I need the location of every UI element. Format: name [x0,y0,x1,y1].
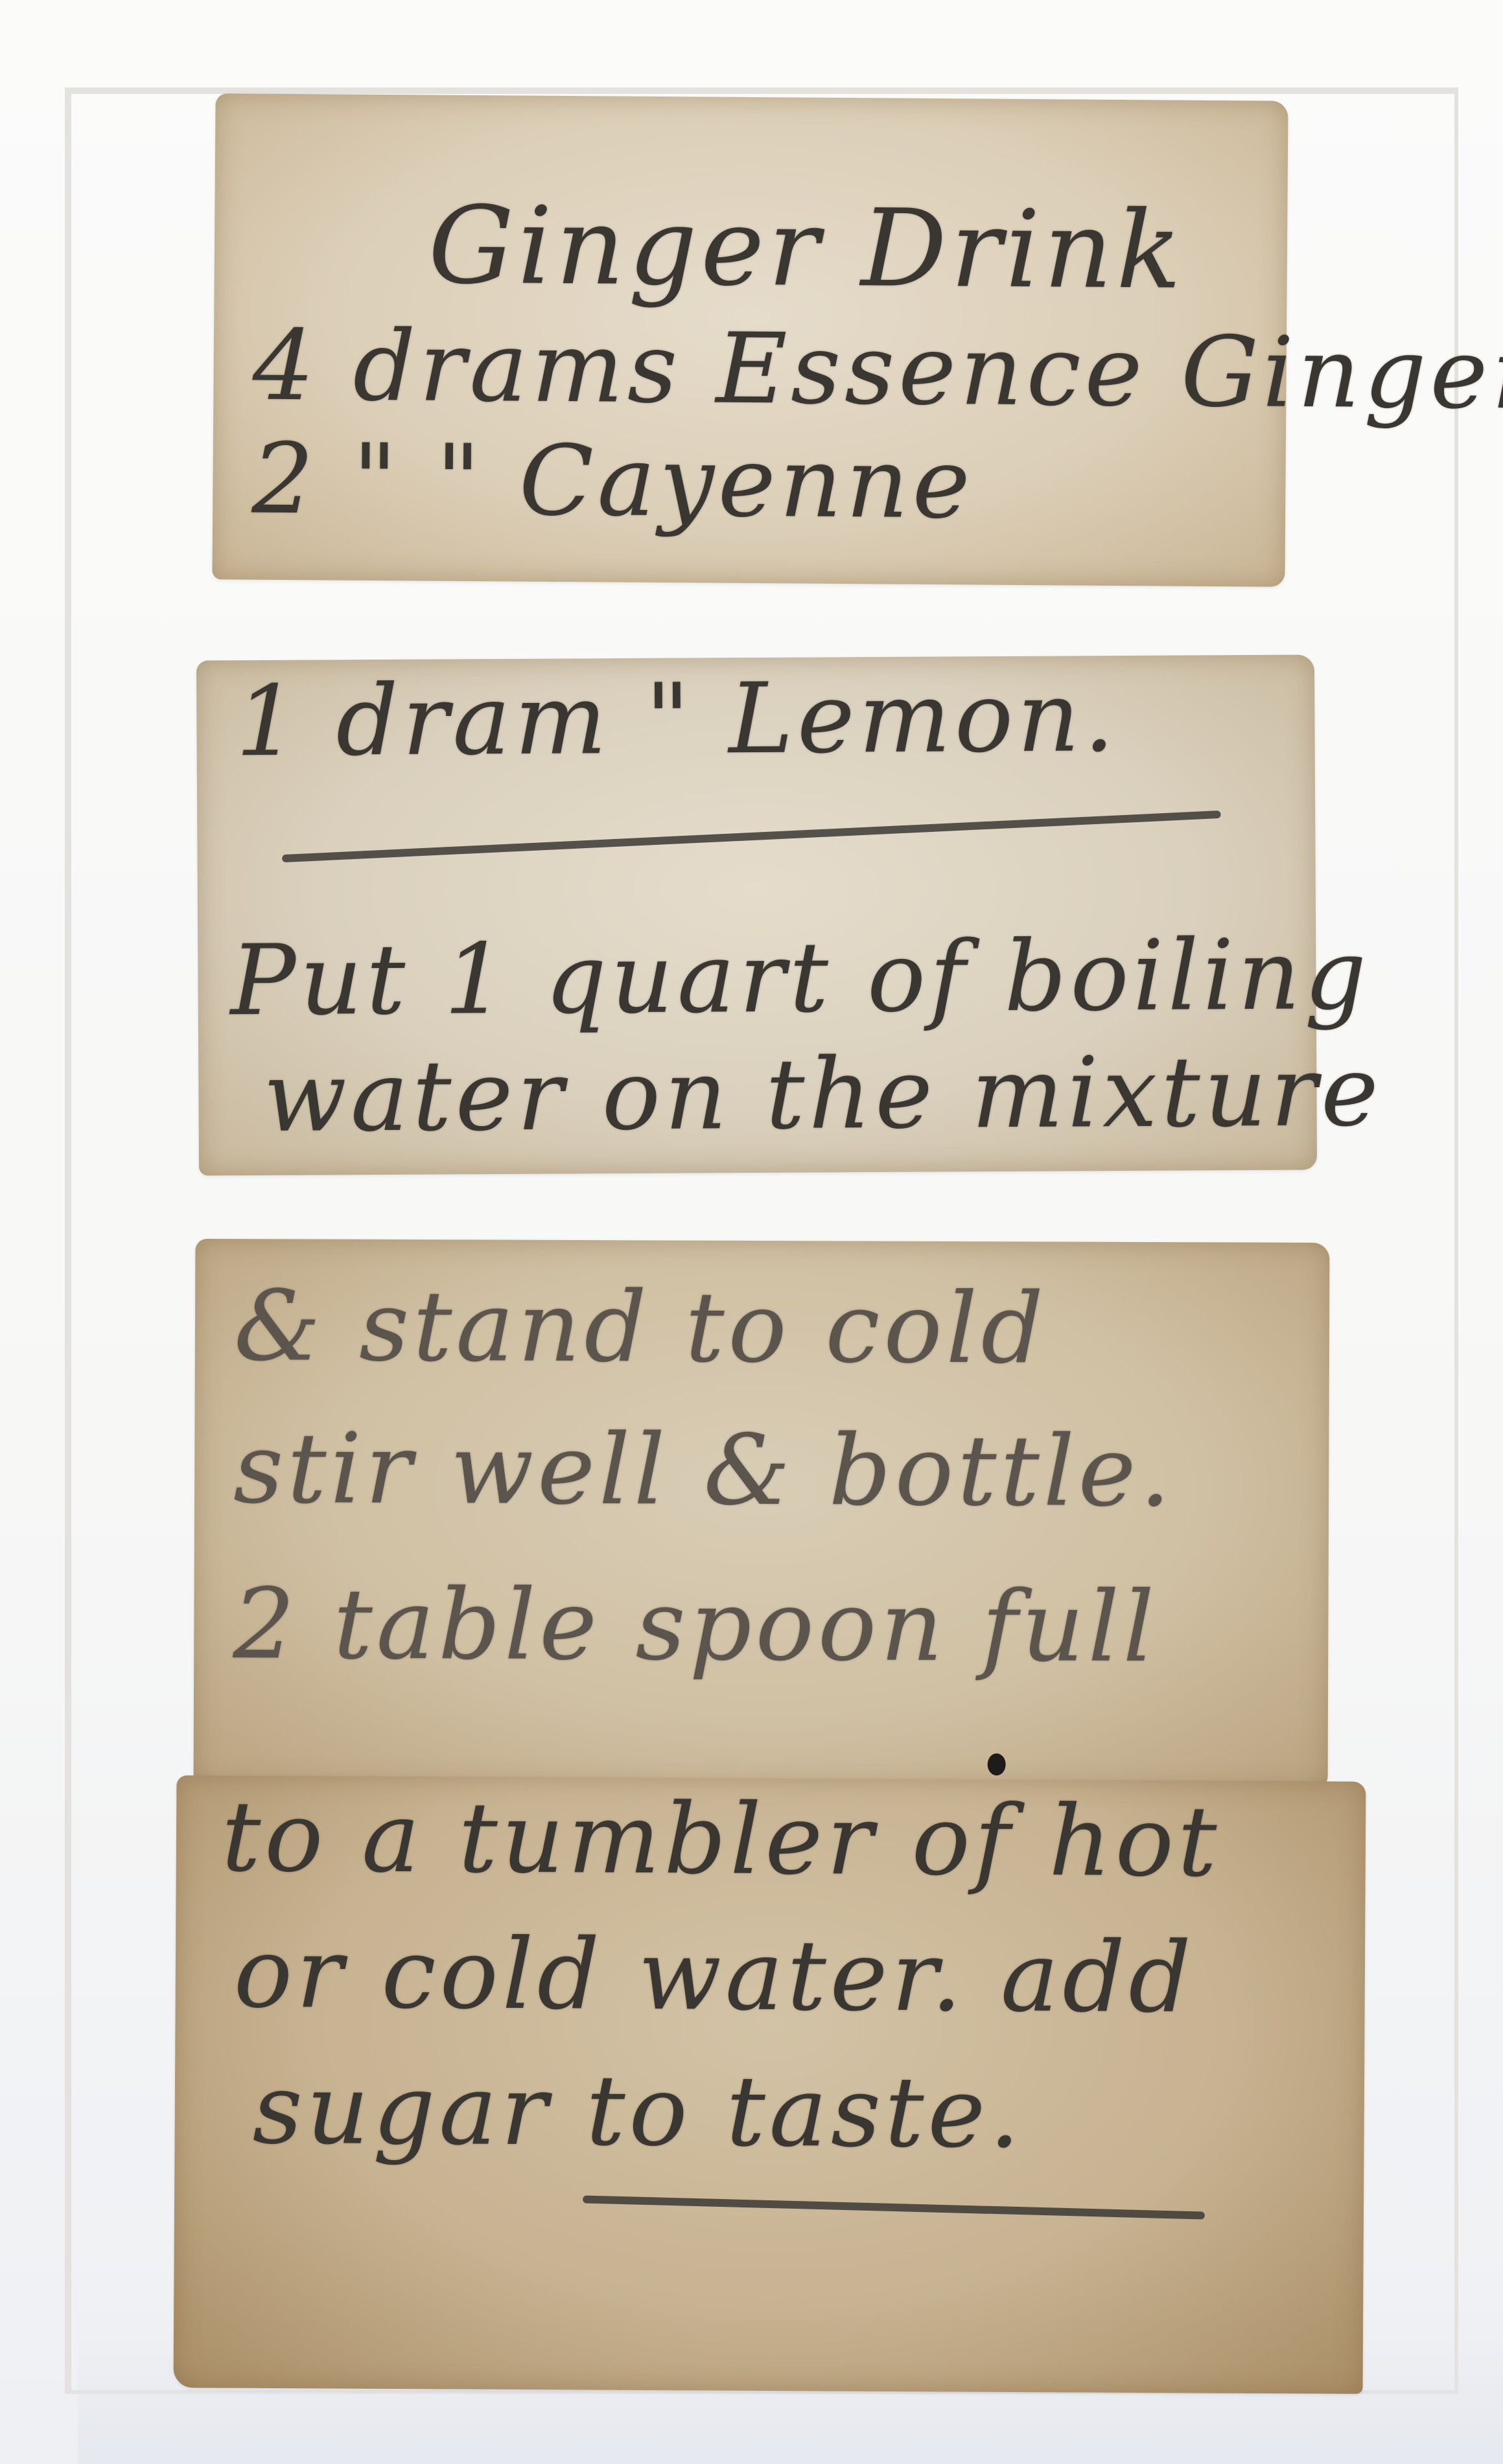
ingredient-line: 2 " " Cayenne [251,431,974,533]
instruction-line: water on the mixture [263,1043,1382,1146]
recipe-card-2: 1 dram " Lemon. Put 1 quart of boiling w… [196,654,1317,1175]
instruction-line: 2 table spoon full [233,1576,1158,1676]
recipe-card-3: & stand to cold stir well & bottle. 2 ta… [194,1239,1330,1790]
ink-spot [988,1753,1006,1775]
closing-rule [583,2195,1205,2219]
instruction-line: Put 1 quart of boiling [230,927,1370,1030]
divider-rule [282,811,1221,862]
ingredient-line: 4 drams Essence Ginger [252,317,1503,424]
recipe-title: Ginger Drink [428,192,1185,305]
instruction-line: sugar to taste. [252,2061,1024,2162]
instruction-line: & stand to cold [234,1278,1047,1377]
instruction-line: to a tumbler of hot [222,1789,1221,1891]
recipe-card-1: Ginger Drink 4 drams Essence Ginger 2 " … [212,93,1288,587]
ingredient-line: 1 dram " Lemon. [235,669,1119,770]
instruction-line: stir well & bottle. [233,1420,1174,1521]
recipe-card-4: to a tumbler of hot or cold water. add s… [174,1775,1366,2394]
instruction-line: or cold water. add [233,1925,1194,2027]
